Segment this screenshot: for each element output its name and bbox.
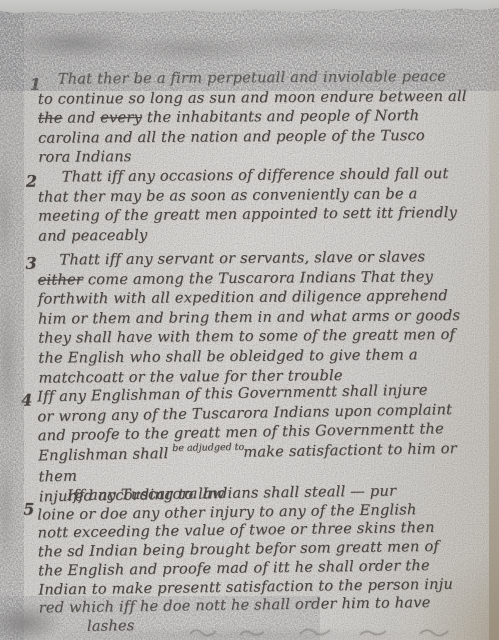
manuscript-photo: 1 That ther be a firm perpetuall and inv… (0, 0, 499, 640)
article-3-number: 3 (25, 254, 37, 273)
struck-word: the (38, 110, 63, 127)
photo-right-edge (489, 0, 499, 640)
manuscript-line: and peaceably (38, 223, 488, 247)
manuscript-line: meeting of the greatt men appointed to s… (38, 203, 488, 227)
article-2: 2 Thatt iff any occasions of difference … (0, 164, 499, 247)
struck-word: either (38, 271, 84, 288)
article-1: 1 That ther be a firm perpetuall and inv… (0, 67, 499, 168)
manuscript-line: Thatt iff any occasions of difference sh… (38, 164, 488, 188)
article-4-number: 4 (21, 390, 33, 409)
article-5-number: 5 (23, 500, 35, 519)
manuscript-text: 1 That ther be a firm perpetuall and inv… (0, 0, 499, 640)
article-3: 3 Thatt iff any servant or servants, sla… (0, 247, 499, 389)
manuscript-line: to continue so long as sun and moon endu… (38, 86, 488, 109)
inserted-text: be adjudged to (172, 442, 244, 454)
manuscript-line: they shall have with them to some of the… (38, 325, 488, 349)
manuscript-line: That ther be a firm perpetuall and invio… (38, 67, 488, 90)
manuscript-line: carolina and all the nation and people o… (38, 125, 488, 148)
article-2-number: 2 (26, 172, 38, 191)
faint-text-fragment (150, 624, 480, 640)
article-5: 5 Iff any Tuscarora Indians shall steall… (0, 481, 499, 638)
struck-word: every (100, 109, 142, 126)
article-1-number: 1 (30, 75, 41, 94)
